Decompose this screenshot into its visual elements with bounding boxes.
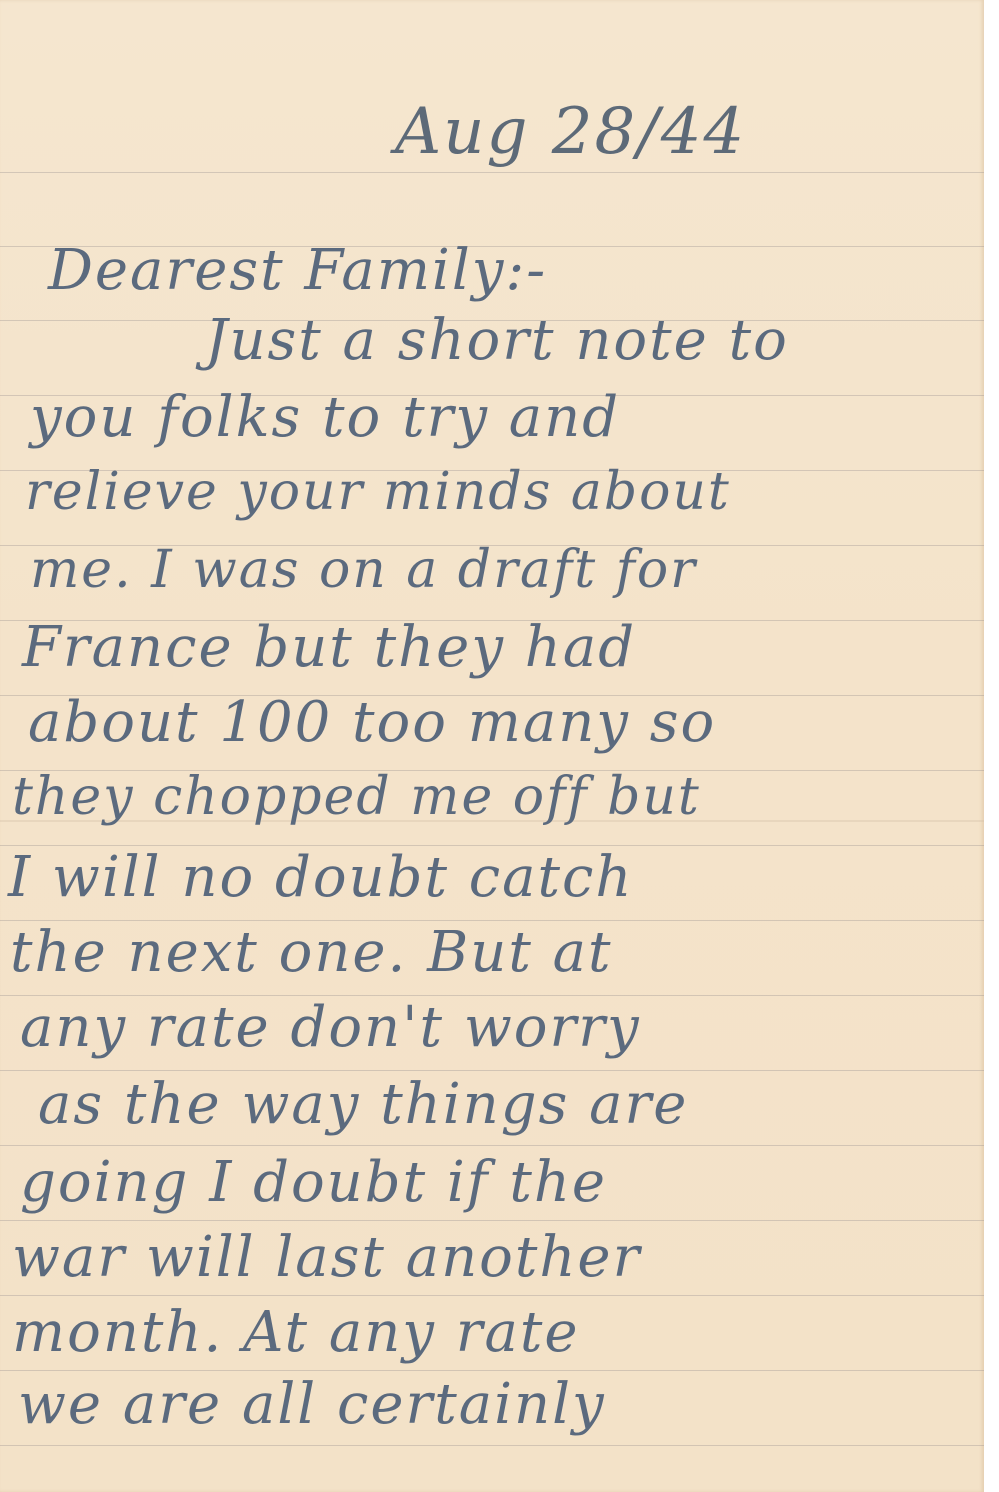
ruled-line xyxy=(0,1070,984,1071)
letter-line: France but they had xyxy=(22,615,636,680)
letter-line: I will no doubt catch xyxy=(8,845,633,910)
letter-line: relieve your minds about xyxy=(25,462,731,522)
ruled-line xyxy=(0,1145,984,1146)
letter-line: about 100 too many so xyxy=(28,690,716,755)
ruled-line xyxy=(0,1295,984,1296)
letter-line: month. At any rate xyxy=(12,1300,580,1365)
letter-line: the next one. But at xyxy=(10,920,613,985)
ruled-line xyxy=(0,1220,984,1221)
letter-line: going I doubt if the xyxy=(20,1150,607,1215)
letter-line: they chopped me off but xyxy=(12,767,701,827)
letter-line: war will last another xyxy=(12,1225,641,1290)
letter-line: you folks to try and xyxy=(30,385,620,450)
letter-salutation: Dearest Family:- xyxy=(48,238,547,303)
letter-line: we are all certainly xyxy=(18,1372,606,1437)
letter-line: as the way things are xyxy=(38,1072,688,1137)
ruled-line xyxy=(0,1370,984,1371)
letter-line: Just a short note to xyxy=(205,308,789,373)
letter-line: any rate don't worry xyxy=(20,995,641,1060)
letter-line: me. I was on a draft for xyxy=(30,540,697,600)
letter-date: Aug 28/44 xyxy=(395,95,746,169)
ruled-line xyxy=(0,172,984,173)
letter-page: Aug 28/44 Dearest Family:- Just a short … xyxy=(0,0,984,1492)
ruled-line xyxy=(0,1445,984,1446)
